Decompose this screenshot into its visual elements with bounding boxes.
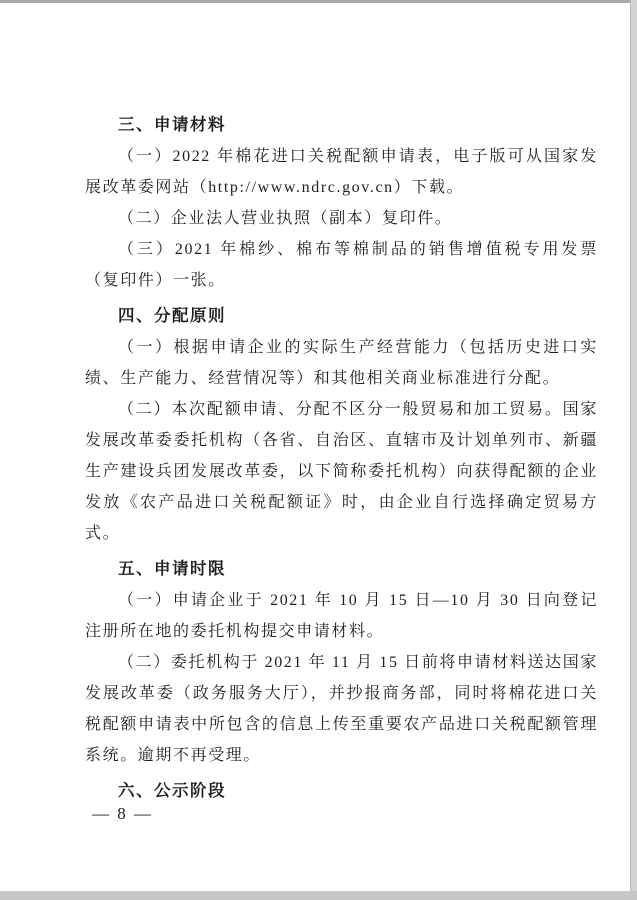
section-heading: 六、公示阶段 [85,776,598,807]
paragraph: （二）企业法人营业执照（副本）复印件。 [85,203,598,234]
page-number: — 8 — [92,804,153,824]
section-heading: 四、分配原则 [85,301,598,332]
page-edge-bottom [0,891,637,900]
paragraph: （一）申请企业于 2021 年 10 月 15 日—10 月 30 日向登记注册… [85,585,598,647]
document-section: 五、申请时限（一）申请企业于 2021 年 10 月 15 日—10 月 30 … [85,554,598,771]
paragraph: （一）2022 年棉花进口关税配额申请表，电子版可从国家发展改革委网站（http… [85,141,598,203]
paragraph: （一）根据申请企业的实际生产经营能力（包括历史进口实绩、生产能力、经营情况等）和… [85,332,598,394]
paragraph: （三）2021 年棉纱、棉布等棉制品的销售增值税专用发票（复印件）一张。 [85,234,598,296]
page-edge-right [630,0,637,900]
paragraph: （二）本次配额申请、分配不区分一般贸易和加工贸易。国家发展改革委委托机构（各省、… [85,394,598,549]
document-page: 三、申请材料（一）2022 年棉花进口关税配额申请表，电子版可从国家发展改革委网… [0,0,630,807]
section-heading: 三、申请材料 [85,110,598,141]
document-section: 三、申请材料（一）2022 年棉花进口关税配额申请表，电子版可从国家发展改革委网… [85,110,598,296]
document-section: 四、分配原则（一）根据申请企业的实际生产经营能力（包括历史进口实绩、生产能力、经… [85,301,598,549]
paragraph: （二）委托机构于 2021 年 11 月 15 日前将申请材料送达国家发展改革委… [85,647,598,771]
section-heading: 五、申请时限 [85,554,598,585]
document-section: 六、公示阶段 [85,776,598,807]
